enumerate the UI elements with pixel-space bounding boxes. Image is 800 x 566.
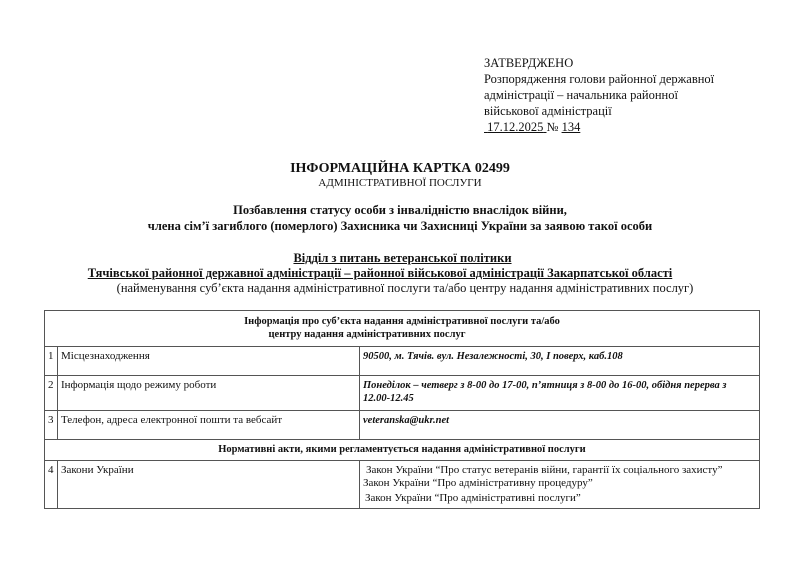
row-label: Телефон, адреса електронної пошти та веб… <box>58 411 360 440</box>
row-value: 90500, м. Тячів. вул. Незалежності, 30, … <box>360 347 760 376</box>
laws-list: Закон України “Про статус ветеранів війн… <box>360 461 760 509</box>
row-label: Місцезнаходження <box>58 347 360 376</box>
organization-name: Відділ з питань ветеранської політики Тя… <box>0 251 800 281</box>
table-row: 2 Інформація щодо режиму роботи Понеділо… <box>45 376 760 411</box>
row-number: 2 <box>45 376 58 411</box>
table-row: 3 Телефон, адреса електронної пошти та в… <box>45 411 760 440</box>
table-section-row: Нормативні акти, якими регламентується н… <box>45 440 760 461</box>
table-header: Інформація про суб’єкта надання адмініст… <box>45 311 760 347</box>
row-number: 4 <box>45 461 58 509</box>
approval-number: 134 <box>562 120 581 134</box>
row-number: 3 <box>45 411 58 440</box>
law-item: Закон України “Про адміністративну проце… <box>363 477 756 490</box>
table-header-row: Інформація про суб’єкта надання адмініст… <box>45 311 760 347</box>
row-label: Інформація щодо режиму роботи <box>58 376 360 411</box>
info-table: Інформація про суб’єкта надання адмініст… <box>44 310 760 509</box>
card-subtitle: АДМІНІСТРАТИВНОЇ ПОСЛУГИ <box>0 176 800 190</box>
row-label: Закони України <box>58 461 360 509</box>
approval-line: військової адміністрації <box>484 103 714 119</box>
number-sign: № <box>547 120 559 134</box>
service-name-line2: члена сім’ї загиблого (померлого) Захисн… <box>0 218 800 234</box>
table-row: 4 Закони України Закон України “Про стат… <box>45 461 760 509</box>
row-number: 1 <box>45 347 58 376</box>
approval-line: адміністрації – начальника районної <box>484 87 714 103</box>
service-name-line1: Позбавлення статусу особи з інвалідністю… <box>233 203 567 217</box>
table-row: 1 Місцезнаходження 90500, м. Тячів. вул.… <box>45 347 760 376</box>
service-name: Позбавлення статусу особи з інвалідністю… <box>0 202 800 234</box>
approval-heading: ЗАТВЕРДЖЕНО <box>484 55 714 71</box>
row-value-email: veteranska@ukr.net <box>360 411 760 440</box>
approval-block: ЗАТВЕРДЖЕНО Розпорядження голови районно… <box>484 55 714 135</box>
law-item: Закон України “Про адміністративні послу… <box>363 492 756 505</box>
approval-date: 17.12.2025 <box>484 120 547 134</box>
organization-note: (найменування суб’єкта надання адміністр… <box>0 281 800 296</box>
organization-line2: Тячівської районної державної адміністра… <box>0 266 800 281</box>
approval-date-line: 17.12.2025 № 134 <box>484 119 714 135</box>
law-item: Закон України “Про статус ветеранів війн… <box>363 464 756 477</box>
card-title: ІНФОРМАЦІЙНА КАРТКА 02499 <box>0 161 800 177</box>
row-value: Понеділок – четверг з 8-00 до 17-00, п’я… <box>360 376 760 411</box>
organization-line1: Відділ з питань ветеранської політики <box>0 251 800 266</box>
approval-line: Розпорядження голови районної державної <box>484 71 714 87</box>
section-title: Нормативні акти, якими регламентується н… <box>45 440 760 461</box>
